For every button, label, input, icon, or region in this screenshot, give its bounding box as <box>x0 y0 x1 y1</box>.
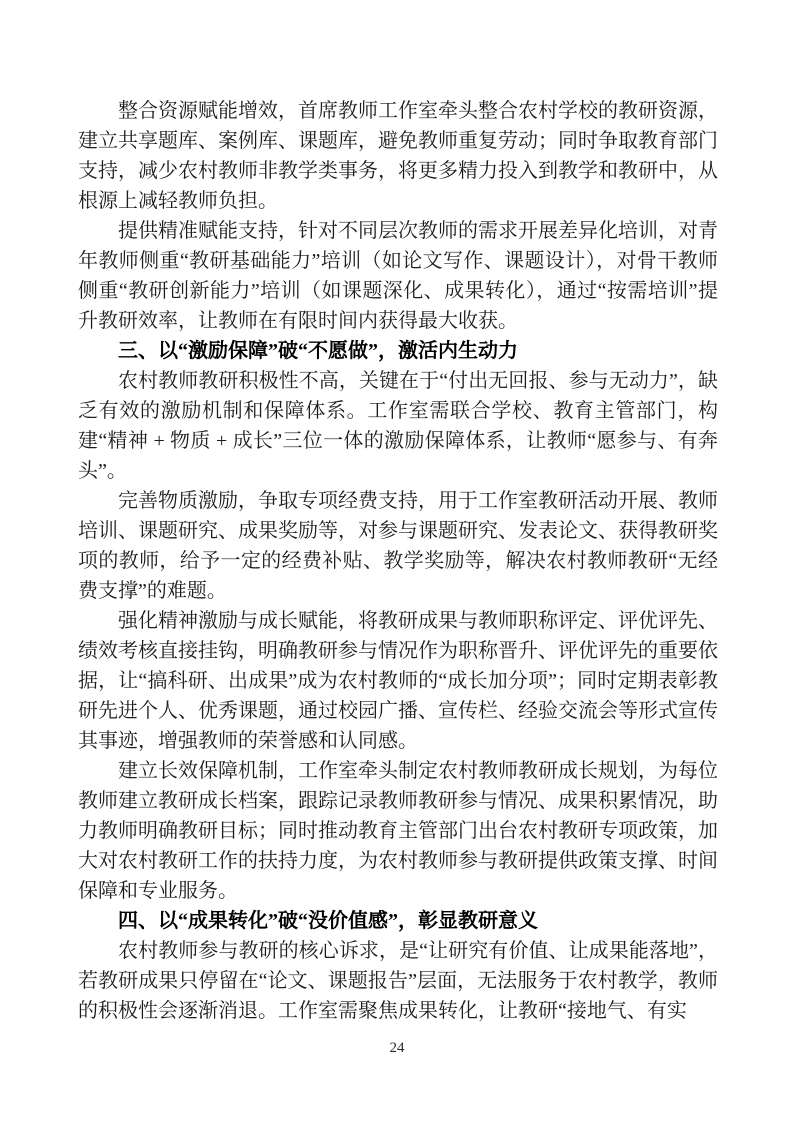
paragraph-long-term-mechanism: 建立长效保障机制，工作室牵头制定农村教师教研成长规划，为每位教师建立教研成长档案… <box>78 756 718 906</box>
paragraph-precise-support: 提供精准赋能支持，针对不同层次教师的需求开展差异化培训，对青年教师侧重“教研基础… <box>78 216 718 336</box>
paragraph-material-incentive: 完善物质激励，争取专项经费支持，用于工作室教研活动开展、教师培训、课题研究、成果… <box>78 486 718 606</box>
page-number: 24 <box>390 1040 405 1056</box>
paragraph-incentive-overview: 农村教师教研积极性不高，关键在于“付出无回报、参与无动力”，缺乏有效的激励机制和… <box>78 366 718 486</box>
document-page: 整合资源赋能增效，首席教师工作室牵头整合农村学校的教研资源，建立共享题库、案例库… <box>0 0 794 1122</box>
section-heading-three: 三、以“激励保障”破“不愿做”，激活内生动力 <box>78 336 718 366</box>
paragraph-achievement-transformation: 农村教师参与教研的核心诉求，是“让研究有价值、让成果能落地”，若教研成果只停留在… <box>78 936 718 1026</box>
paragraph-resource-integration: 整合资源赋能增效，首席教师工作室牵头整合农村学校的教研资源，建立共享题库、案例库… <box>78 96 718 216</box>
section-heading-four: 四、以“成果转化”破“没价值感”，彰显教研意义 <box>78 906 718 936</box>
page-footer: 24 <box>0 1038 794 1058</box>
document-content: 整合资源赋能增效，首席教师工作室牵头整合农村学校的教研资源，建立共享题库、案例库… <box>78 96 718 1026</box>
paragraph-spiritual-incentive: 强化精神激励与成长赋能，将教研成果与教师职称评定、评优评先、绩效考核直接挂钩，明… <box>78 606 718 756</box>
